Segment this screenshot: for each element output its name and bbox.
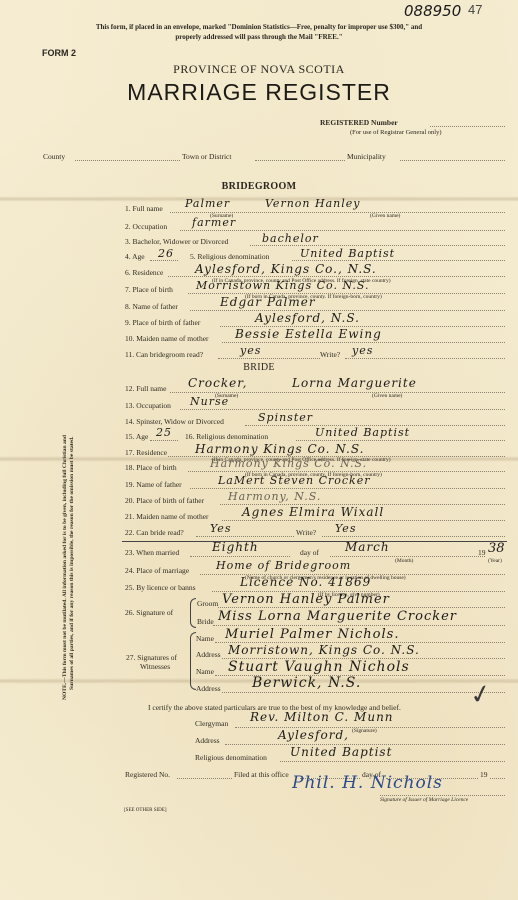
- bride-status-label: 14. Spinster, Widow or Divorced: [125, 417, 224, 426]
- groom-religion-label: 5. Religious denomination: [190, 252, 269, 261]
- groom-father-birthplace-value: Aylesford, N.S.: [255, 311, 360, 325]
- county-field[interactable]: [75, 160, 180, 161]
- bride-status-value: Spinster: [258, 411, 313, 424]
- field-line: [322, 536, 505, 537]
- groom-age-label: 4. Age: [125, 252, 145, 261]
- bride-write-label: Write?: [296, 528, 316, 537]
- groom-write-label: Write?: [320, 350, 340, 359]
- marriage-day-value: Eighth: [212, 540, 259, 554]
- municipality-label: Municipality: [347, 152, 386, 161]
- groom-mother-value: Bessie Estella Ewing: [235, 327, 382, 341]
- bride-father-label: 19. Name of father: [125, 480, 182, 489]
- groom-father-value: Edgar Palmer: [220, 295, 316, 309]
- witnesses-label: 27. Signatures of: [126, 653, 177, 662]
- bride-father-value: LaMert Steven Crocker: [218, 474, 370, 487]
- groom-religion-value: United Baptist: [300, 247, 395, 260]
- clergyman-label: Clergyman: [195, 719, 228, 728]
- bridegroom-heading: BRIDEGROOM: [0, 181, 518, 192]
- groom-birthplace-value: Morristown Kings Co. N.S.: [196, 279, 370, 292]
- bride-residence-label: 17. Residence: [125, 448, 167, 457]
- serial-suffix: 47: [468, 2, 482, 17]
- marriage-year-value: 38: [488, 541, 505, 556]
- filed-label: Filed at this office: [234, 770, 289, 779]
- month-hint: (Month): [395, 558, 413, 564]
- day-of-label: day of: [300, 548, 319, 557]
- province-heading: PROVINCE OF NOVA SCOTIA: [0, 62, 518, 77]
- filed-year-field[interactable]: [490, 778, 505, 779]
- document-title: MARRIAGE REGISTER: [0, 79, 518, 106]
- groom-occupation-value: farmer: [192, 216, 236, 229]
- bride-occupation-label: 13. Occupation: [125, 401, 171, 410]
- bride-signature-label: Bride: [197, 617, 214, 626]
- county-label: County: [43, 152, 65, 161]
- bride-heading: BRIDE: [0, 362, 518, 373]
- field-line: [218, 607, 505, 608]
- postal-notice-line1: This form, if placed in an envelope, mar…: [0, 23, 518, 31]
- clergyman-address-label: Address: [195, 736, 220, 745]
- registered-no-label: Registered No.: [125, 770, 170, 779]
- field-line: [292, 260, 505, 261]
- bride-full-name-label: 12. Full name: [125, 384, 166, 393]
- groom-signature-label: Groom: [197, 599, 218, 608]
- clergyman-signature: Rev. Milton C. Munn: [250, 710, 394, 724]
- year-hint: (Year): [488, 558, 502, 564]
- field-line: [150, 260, 178, 261]
- bride-birthplace-label: 18. Place of birth: [125, 463, 177, 472]
- groom-surname-value: Palmer: [185, 197, 230, 210]
- witness1-name: Muriel Palmer Nichols.: [225, 627, 399, 642]
- given-name-hint: (Given name): [372, 393, 402, 399]
- bride-read-label: 22. Can bride read?: [125, 528, 184, 537]
- bride-given-name-value: Lorna Marguerite: [292, 376, 417, 390]
- groom-signature: Vernon Hanley Palmer: [222, 592, 390, 607]
- bride-write-value: Yes: [335, 522, 356, 535]
- bride-mother-value: Agnes Elmira Wixall: [242, 505, 384, 519]
- field-line: [280, 761, 505, 762]
- see-other-side: [SEE OTHER SIDE]: [124, 808, 167, 813]
- field-line: [345, 358, 505, 359]
- witness2-name: Stuart Vaughn Nichols: [228, 659, 410, 675]
- form-label: FORM 2: [42, 48, 76, 58]
- paper-fold: [0, 196, 518, 202]
- licence-value: Licence No. 41869: [240, 575, 371, 589]
- groom-full-name-label: 1. Full name: [125, 204, 163, 213]
- postal-notice-line2: properly addressed will pass through the…: [0, 33, 518, 41]
- groom-residence-value: Aylesford, Kings Co., N.S.: [195, 262, 377, 276]
- given-name-hint: (Given name): [370, 213, 400, 219]
- witness1-address-label: Address: [196, 650, 221, 659]
- marriage-month-value: March: [345, 540, 390, 554]
- field-line: [168, 276, 505, 277]
- groom-residence-label: 6. Residence: [125, 268, 163, 277]
- groom-write-value: yes: [352, 344, 373, 357]
- bride-occupation-value: Nurse: [190, 395, 229, 408]
- field-line: [196, 536, 294, 537]
- bride-father-birthplace-value: Harmony, N.S.: [228, 490, 321, 503]
- signature-brace: [190, 598, 196, 628]
- registered-no-field[interactable]: [177, 778, 232, 779]
- groom-read-value: yes: [240, 344, 261, 357]
- registered-number-label: REGISTERED Number: [320, 118, 398, 127]
- year-prefix: 19: [478, 548, 486, 557]
- filed-year-prefix: 19: [480, 770, 488, 779]
- witnesses-label-2: Witnesses: [140, 662, 170, 671]
- side-note: NOTE.—This form must not be mutilated. A…: [62, 320, 76, 700]
- issuer-signature: Phil. H. Nichols: [292, 773, 443, 793]
- section-divider: [122, 541, 507, 542]
- municipality-field[interactable]: [400, 160, 505, 161]
- place-of-marriage-value: Home of Bridegroom: [216, 559, 351, 572]
- groom-father-birthplace-label: 9. Place of birth of father: [125, 318, 200, 327]
- place-of-marriage-label: 24. Place of marriage: [125, 566, 189, 575]
- field-line: [190, 556, 290, 557]
- groom-father-label: 8. Name of father: [125, 302, 178, 311]
- witness2-name-label: Name: [196, 667, 214, 676]
- registered-number-note: (For use of Registrar General only): [350, 129, 442, 136]
- issuer-hint: Signature of Issuer of Marriage Licence: [380, 797, 468, 803]
- bride-mother-label: 21. Maiden name of mother: [125, 512, 209, 521]
- clergyman-address: Aylesford,: [278, 728, 349, 742]
- field-line: [222, 342, 505, 343]
- serial-number: 088950: [404, 2, 461, 20]
- field-line: [150, 440, 178, 441]
- town-field[interactable]: [255, 160, 345, 161]
- field-line: [190, 488, 505, 489]
- field-line: [218, 358, 320, 359]
- clergyman-denomination: United Baptist: [290, 745, 392, 759]
- town-label: Town or District: [182, 152, 231, 161]
- bride-residence-value: Harmony Kings Co. N.S.: [195, 442, 364, 456]
- bride-signature: Miss Lorna Marguerite Crocker: [218, 609, 457, 624]
- groom-given-name-value: Vernon Hanley: [265, 197, 360, 210]
- clergyman-denomination-label: Religious denomination: [195, 753, 267, 762]
- field-line: [330, 556, 485, 557]
- field-line: [180, 230, 505, 231]
- side-note-line2: Surnames of all parties, and if for any …: [69, 320, 76, 700]
- bride-read-value: Yes: [210, 522, 231, 535]
- groom-age-value: 26: [158, 247, 174, 260]
- when-married-label: 23. When married: [125, 548, 179, 557]
- field-line: [222, 692, 505, 693]
- bride-religion-label: 16. Religious denomination: [185, 432, 268, 441]
- licence-label: 25. By licence or banns: [125, 583, 196, 592]
- witness1-address: Morristown, Kings Co. N.S.: [228, 643, 420, 657]
- bride-age-value: 25: [156, 426, 172, 439]
- groom-birthplace-label: 7. Place of birth: [125, 285, 173, 294]
- groom-mother-label: 10. Maiden name of mother: [125, 334, 209, 343]
- side-note-line1: NOTE.—This form must not be mutilated. A…: [62, 320, 69, 700]
- field-line: [380, 795, 505, 796]
- field-line: [222, 520, 505, 521]
- marriage-register-page: 088950 47 This form, if placed in an env…: [0, 0, 518, 900]
- groom-status-label: 3. Bachelor, Widower or Divorced: [125, 237, 228, 246]
- field-line: [250, 245, 505, 246]
- bride-surname-value: Crocker,: [188, 376, 247, 390]
- groom-status-value: bachelor: [262, 232, 319, 245]
- witness1-name-label: Name: [196, 634, 214, 643]
- groom-occupation-label: 2. Occupation: [125, 222, 167, 231]
- signature-hint: (Signature): [352, 728, 377, 734]
- witness2-address: Berwick, N.S.: [252, 675, 361, 691]
- groom-read-label: 11. Can bridegroom read?: [125, 350, 203, 359]
- bride-birthplace-value: Harmony Kings Co. N.S.: [210, 457, 367, 470]
- field-line: [180, 409, 505, 410]
- witness2-address-label: Address: [196, 684, 221, 693]
- bride-age-label: 15. Age: [125, 432, 148, 441]
- signature-of-label: 26. Signature of: [125, 608, 173, 617]
- field-line: [296, 440, 505, 441]
- field-line: [213, 625, 505, 626]
- bride-religion-value: United Baptist: [315, 426, 410, 439]
- bride-father-birthplace-label: 20. Place of birth of father: [125, 496, 204, 505]
- registered-number-line: [430, 126, 505, 127]
